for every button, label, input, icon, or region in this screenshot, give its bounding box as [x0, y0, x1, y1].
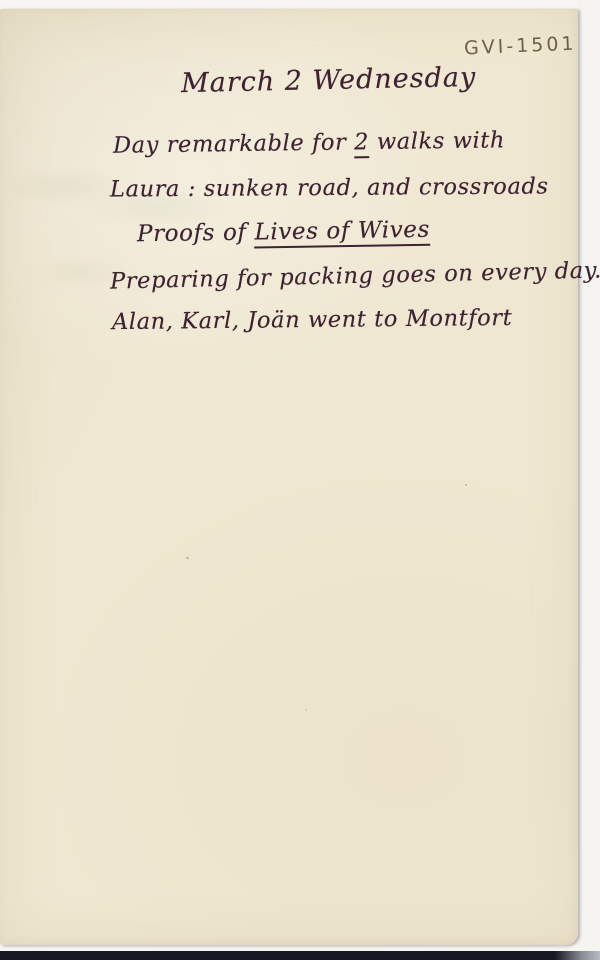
manuscript-page: GVI-1501 March 2 Wednesday Day remarkabl… [0, 9, 578, 945]
diary-text-segment: Alan, Karl, Joän went to Montfort [112, 305, 513, 335]
paper-speck [305, 709, 307, 711]
paper-speck [186, 557, 189, 559]
diary-text-underlined: 2 [354, 129, 369, 158]
catalog-number: GVI-1501 [464, 33, 577, 60]
diary-text-underlined: Lives of Wives [254, 217, 430, 249]
scan-background [578, 0, 600, 951]
diary-text-segment: Proofs of [137, 219, 255, 247]
diary-line: Preparing for packing goes on every day. [110, 257, 600, 294]
diary-line: Alan, Karl, Joän went to Montfort [112, 305, 513, 335]
scan-edge-band-fade [555, 951, 600, 960]
paper-speck [465, 484, 467, 486]
diary-line: Proofs of Lives of Wives [137, 217, 430, 248]
diary-text-segment: Laura : sunken road, and crossroads [110, 173, 549, 202]
diary-text-segment: walks with [369, 127, 505, 155]
paper-showthrough [0, 129, 360, 389]
scan-edge-band [0, 951, 600, 960]
diary-text-segment: Day remarkable for [113, 129, 355, 158]
diary-line: Day remarkable for 2 walks with [113, 127, 505, 158]
diary-line: Laura : sunken road, and crossroads [110, 173, 549, 202]
diary-text-segment: Preparing for packing goes on every day. [110, 257, 600, 294]
date-heading: March 2 Wednesday [181, 62, 477, 99]
